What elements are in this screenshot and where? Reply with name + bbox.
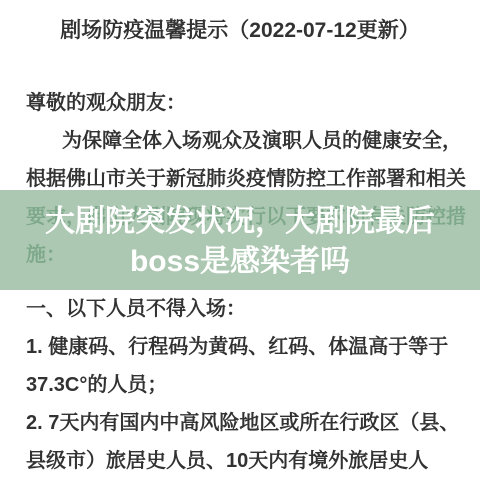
rule-line: 1. 健康码、行程码为黄码、红码、体温高于等于 <box>26 328 454 366</box>
rule-line: 37.3C°的人员； <box>26 366 454 404</box>
rule-line: 2. 7天内有国内中高风险地区或所在行政区（县、 <box>26 404 454 442</box>
rules-section-title: 一、以下人员不得入场： <box>26 290 454 328</box>
notice-page: 剧场防疫温馨提示（2022-07-12更新） 尊敬的观众朋友： 为保障全体入场观… <box>0 0 480 480</box>
notice-line: 为保障全体入场观众及演职人员的健康安全， <box>26 122 454 160</box>
headline-line: boss是感染者吗 <box>0 242 480 282</box>
headline-line: 大剧院突发状况，大剧院最后 <box>0 202 480 242</box>
salutation: 尊敬的观众朋友： <box>26 84 454 122</box>
page-title: 剧场防疫温馨提示（2022-07-12更新） <box>0 17 480 45</box>
headline-caption: 大剧院突发状况，大剧院最后 boss是感染者吗 <box>0 190 480 290</box>
rule-line: 县级市）旅居史人员、10天内有境外旅居史人 <box>26 442 454 480</box>
